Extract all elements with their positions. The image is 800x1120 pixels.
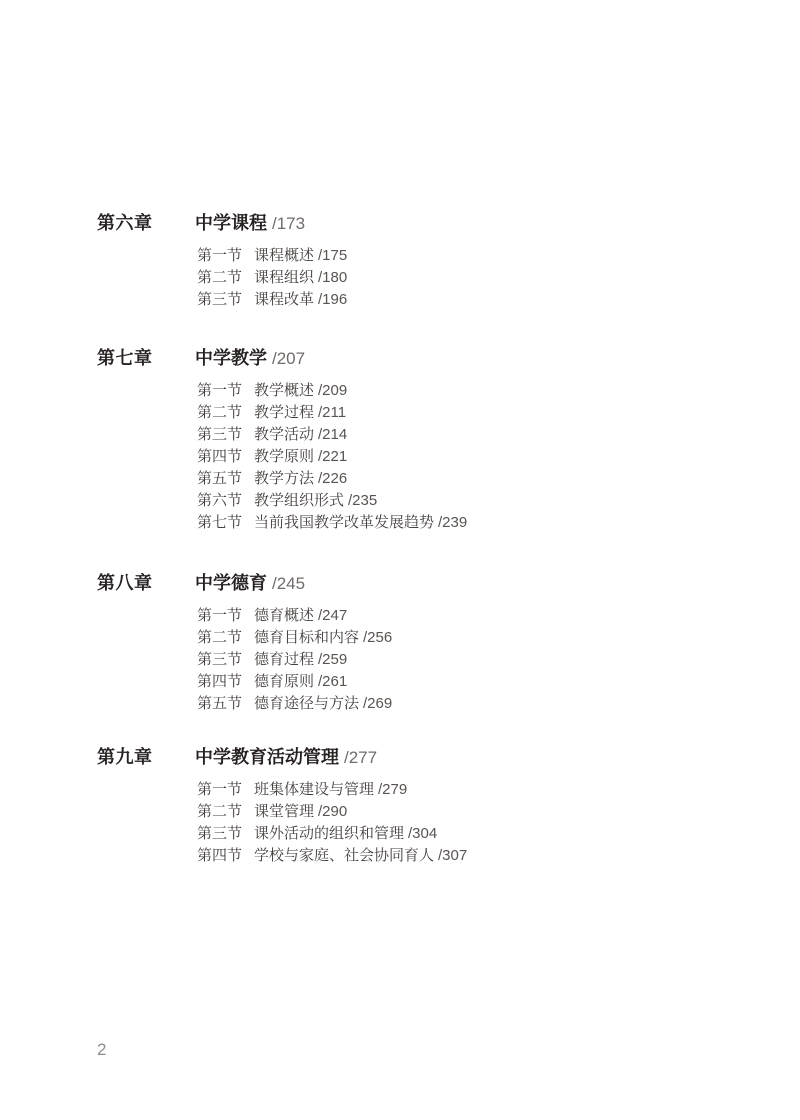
section-title: 德育途径与方法 xyxy=(254,693,359,715)
page-number: 2 xyxy=(97,1040,106,1060)
section-title: 课程改革 xyxy=(254,289,314,311)
section-page-number: /226 xyxy=(318,468,347,490)
section-title: 教学活动 xyxy=(254,424,314,446)
section-page-number: /235 xyxy=(348,490,377,512)
section-number: 第二节 xyxy=(197,402,254,424)
section-page-number: /307 xyxy=(438,845,467,867)
section-row: 第三节 课外活动的组织和管理 /304 xyxy=(197,823,717,845)
section-number: 第一节 xyxy=(197,245,254,267)
section-page-number: /247 xyxy=(318,605,347,627)
section-number: 第五节 xyxy=(197,693,254,715)
section-title: 教学组织形式 xyxy=(254,490,344,512)
section-row: 第一节 教学概述 /209 xyxy=(197,380,717,402)
section-page-number: /261 xyxy=(318,671,347,693)
section-row: 第一节 德育概述 /247 xyxy=(197,605,717,627)
section-row: 第四节 教学原则 /221 xyxy=(197,446,717,468)
section-page-number: /211 xyxy=(318,402,346,424)
section-number: 第七节 xyxy=(197,512,254,534)
section-title: 班集体建设与管理 xyxy=(254,779,374,801)
chapter-title: 中学教育活动管理 xyxy=(195,746,339,768)
section-row: 第四节 学校与家庭、社会协同育人 /307 xyxy=(197,845,717,867)
section-number: 第四节 xyxy=(197,845,254,867)
chapter-row: 第六章 中学课程 /173 xyxy=(97,212,717,235)
table-of-contents: 第六章 中学课程 /173 第一节 课程概述 /175 第二节 课程组织 /18… xyxy=(97,212,717,867)
chapter-row: 第七章 中学教学 /207 xyxy=(97,347,717,370)
section-title: 课堂管理 xyxy=(254,801,314,823)
section-number: 第五节 xyxy=(197,468,254,490)
section-page-number: /269 xyxy=(363,693,392,715)
section-row: 第五节 教学方法 /226 xyxy=(197,468,717,490)
section-row: 第七节 当前我国教学改革发展趋势 /239 xyxy=(197,512,717,534)
section-number: 第六节 xyxy=(197,490,254,512)
section-number: 第二节 xyxy=(197,627,254,649)
section-title: 德育原则 xyxy=(254,671,314,693)
chapter-title: 中学德育 xyxy=(195,572,267,594)
section-row: 第六节 教学组织形式 /235 xyxy=(197,490,717,512)
section-row: 第三节 德育过程 /259 xyxy=(197,649,717,671)
section-number: 第一节 xyxy=(197,605,254,627)
section-page-number: /180 xyxy=(318,267,347,289)
chapter-page-number: /277 xyxy=(344,747,377,769)
section-page-number: /279 xyxy=(378,779,407,801)
section-page-number: /214 xyxy=(318,424,347,446)
chapter-title: 中学教学 xyxy=(195,347,267,369)
section-page-number: /304 xyxy=(408,823,437,845)
section-page-number: /175 xyxy=(318,245,347,267)
section-list: 第一节 班集体建设与管理 /279 第二节 课堂管理 /290 第三节 课外活动… xyxy=(197,779,717,867)
section-title: 课外活动的组织和管理 xyxy=(254,823,404,845)
section-page-number: /221 xyxy=(318,446,347,468)
section-row: 第二节 课程组织 /180 xyxy=(197,267,717,289)
section-title: 德育概述 xyxy=(254,605,314,627)
section-page-number: /239 xyxy=(438,512,467,534)
section-number: 第一节 xyxy=(197,380,254,402)
section-row: 第一节 课程概述 /175 xyxy=(197,245,717,267)
section-number: 第三节 xyxy=(197,823,254,845)
section-number: 第二节 xyxy=(197,801,254,823)
section-title: 学校与家庭、社会协同育人 xyxy=(254,845,434,867)
chapter-number: 第七章 xyxy=(97,347,195,369)
section-row: 第三节 教学活动 /214 xyxy=(197,424,717,446)
section-row: 第二节 德育目标和内容 /256 xyxy=(197,627,717,649)
chapter-block: 第九章 中学教育活动管理 /277 第一节 班集体建设与管理 /279 第二节 … xyxy=(97,746,717,867)
section-title: 德育过程 xyxy=(254,649,314,671)
chapter-row: 第八章 中学德育 /245 xyxy=(97,572,717,595)
section-list: 第一节 德育概述 /247 第二节 德育目标和内容 /256 第三节 德育过程 … xyxy=(197,605,717,715)
section-row: 第二节 课堂管理 /290 xyxy=(197,801,717,823)
section-number: 第四节 xyxy=(197,671,254,693)
section-page-number: /196 xyxy=(318,289,347,311)
section-row: 第一节 班集体建设与管理 /279 xyxy=(197,779,717,801)
section-title: 课程组织 xyxy=(254,267,314,289)
section-page-number: /259 xyxy=(318,649,347,671)
section-row: 第五节 德育途径与方法 /269 xyxy=(197,693,717,715)
section-number: 第三节 xyxy=(197,649,254,671)
section-title: 德育目标和内容 xyxy=(254,627,359,649)
section-title: 教学原则 xyxy=(254,446,314,468)
chapter-block: 第八章 中学德育 /245 第一节 德育概述 /247 第二节 德育目标和内容 … xyxy=(97,572,717,715)
chapter-number: 第六章 xyxy=(97,212,195,234)
chapter-number: 第九章 xyxy=(97,746,195,768)
chapter-block: 第六章 中学课程 /173 第一节 课程概述 /175 第二节 课程组织 /18… xyxy=(97,212,717,311)
section-number: 第三节 xyxy=(197,289,254,311)
chapter-block: 第七章 中学教学 /207 第一节 教学概述 /209 第二节 教学过程 /21… xyxy=(97,347,717,534)
chapter-page-number: /173 xyxy=(272,213,305,235)
section-title: 课程概述 xyxy=(254,245,314,267)
chapter-number: 第八章 xyxy=(97,572,195,594)
section-title: 教学方法 xyxy=(254,468,314,490)
section-title: 当前我国教学改革发展趋势 xyxy=(254,512,434,534)
section-number: 第三节 xyxy=(197,424,254,446)
section-title: 教学概述 xyxy=(254,380,314,402)
chapter-page-number: /207 xyxy=(272,348,305,370)
section-page-number: /256 xyxy=(363,627,392,649)
section-row: 第二节 教学过程 /211 xyxy=(197,402,717,424)
section-row: 第四节 德育原则 /261 xyxy=(197,671,717,693)
chapter-row: 第九章 中学教育活动管理 /277 xyxy=(97,746,717,769)
section-number: 第一节 xyxy=(197,779,254,801)
section-number: 第四节 xyxy=(197,446,254,468)
section-number: 第二节 xyxy=(197,267,254,289)
section-row: 第三节 课程改革 /196 xyxy=(197,289,717,311)
section-list: 第一节 课程概述 /175 第二节 课程组织 /180 第三节 课程改革 /19… xyxy=(197,245,717,311)
section-list: 第一节 教学概述 /209 第二节 教学过程 /211 第三节 教学活动 /21… xyxy=(197,380,717,534)
section-title: 教学过程 xyxy=(254,402,314,424)
section-page-number: /209 xyxy=(318,380,347,402)
section-page-number: /290 xyxy=(318,801,347,823)
chapter-title: 中学课程 xyxy=(195,212,267,234)
book-page: 第六章 中学课程 /173 第一节 课程概述 /175 第二节 课程组织 /18… xyxy=(0,0,800,1120)
chapter-page-number: /245 xyxy=(272,573,305,595)
